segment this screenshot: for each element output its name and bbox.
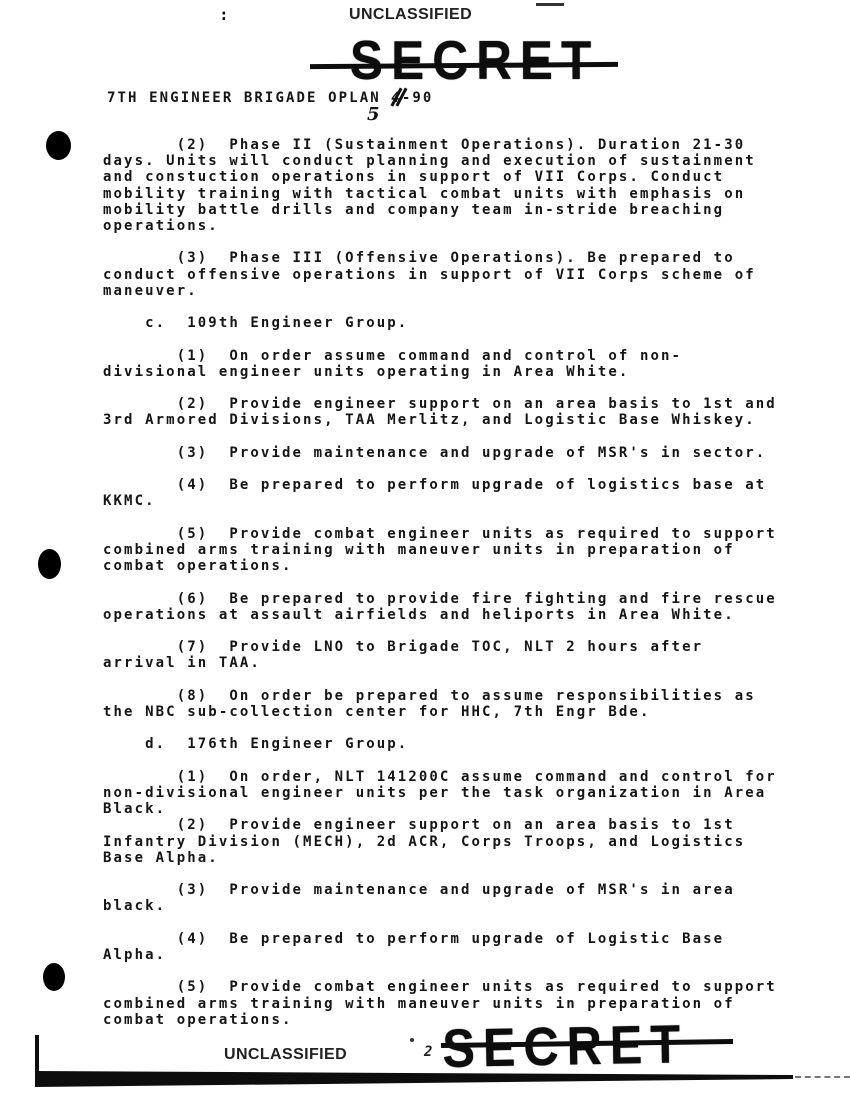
document-body: (2) Phase II (Sustainment Operations). D… xyxy=(103,137,777,1044)
title-prefix: 7TH ENGINEER BRIGADE OPLAN xyxy=(107,90,391,106)
paragraph-section-c: c. 109th Engineer Group. xyxy=(103,315,777,331)
paragraph-c-4: (4) Be prepared to perform upgrade of lo… xyxy=(103,477,777,509)
scanned-document-page: : UNCLASSIFIED SECRET 7TH ENGINEER BRIGA… xyxy=(0,0,850,1094)
paragraph-c-8: (8) On order be prepared to assume respo… xyxy=(103,688,777,720)
struck-oplan-number: 4 xyxy=(391,90,402,106)
scan-wedge-artifact xyxy=(35,1068,850,1090)
paragraph-c-6: (6) Be prepared to provide fire fighting… xyxy=(103,591,777,623)
handwritten-correction: 5 xyxy=(367,104,380,125)
hole-punch-mark xyxy=(38,549,61,579)
paragraph-c-2: (2) Provide engineer support on an area … xyxy=(103,396,777,428)
paragraph-d-4: (4) Be prepared to perform upgrade of Lo… xyxy=(103,931,777,963)
scan-dashed-line xyxy=(795,1076,850,1078)
paragraph-d-1: (1) On order, NLT 141200C assume command… xyxy=(103,769,777,818)
paragraph-d-3: (3) Provide maintenance and upgrade of M… xyxy=(103,882,777,914)
paragraph-section-d: d. 176th Engineer Group. xyxy=(103,736,777,752)
classification-banner-top: UNCLASSIFIED xyxy=(349,6,472,24)
paragraph-phase-2: (2) Phase II (Sustainment Operations). D… xyxy=(103,137,777,234)
secret-stamp-top: SECRET xyxy=(350,28,599,92)
paragraph-c-1: (1) On order assume command and control … xyxy=(103,348,777,380)
hole-punch-mark xyxy=(43,963,65,991)
paragraph-d-2: (2) Provide engineer support on an area … xyxy=(103,817,777,866)
scan-colon-mark: : xyxy=(219,5,229,24)
document-title: 7TH ENGINEER BRIGADE OPLAN 4-90 xyxy=(107,90,433,106)
paragraph-c-3: (3) Provide maintenance and upgrade of M… xyxy=(103,445,777,461)
scan-dot-artifact xyxy=(410,1038,414,1042)
classification-banner-bottom: UNCLASSIFIED xyxy=(224,1046,347,1064)
paragraph-phase-3: (3) Phase III (Offensive Operations). Be… xyxy=(103,250,777,299)
paragraph-c-7: (7) Provide LNO to Brigade TOC, NLT 2 ho… xyxy=(103,639,777,671)
hole-punch-mark xyxy=(46,131,71,160)
paragraph-c-5: (5) Provide combat engineer units as req… xyxy=(103,526,777,575)
page-number: 2 xyxy=(424,1044,432,1060)
scan-dash-artifact xyxy=(536,3,564,6)
title-suffix: -90 xyxy=(402,90,434,106)
